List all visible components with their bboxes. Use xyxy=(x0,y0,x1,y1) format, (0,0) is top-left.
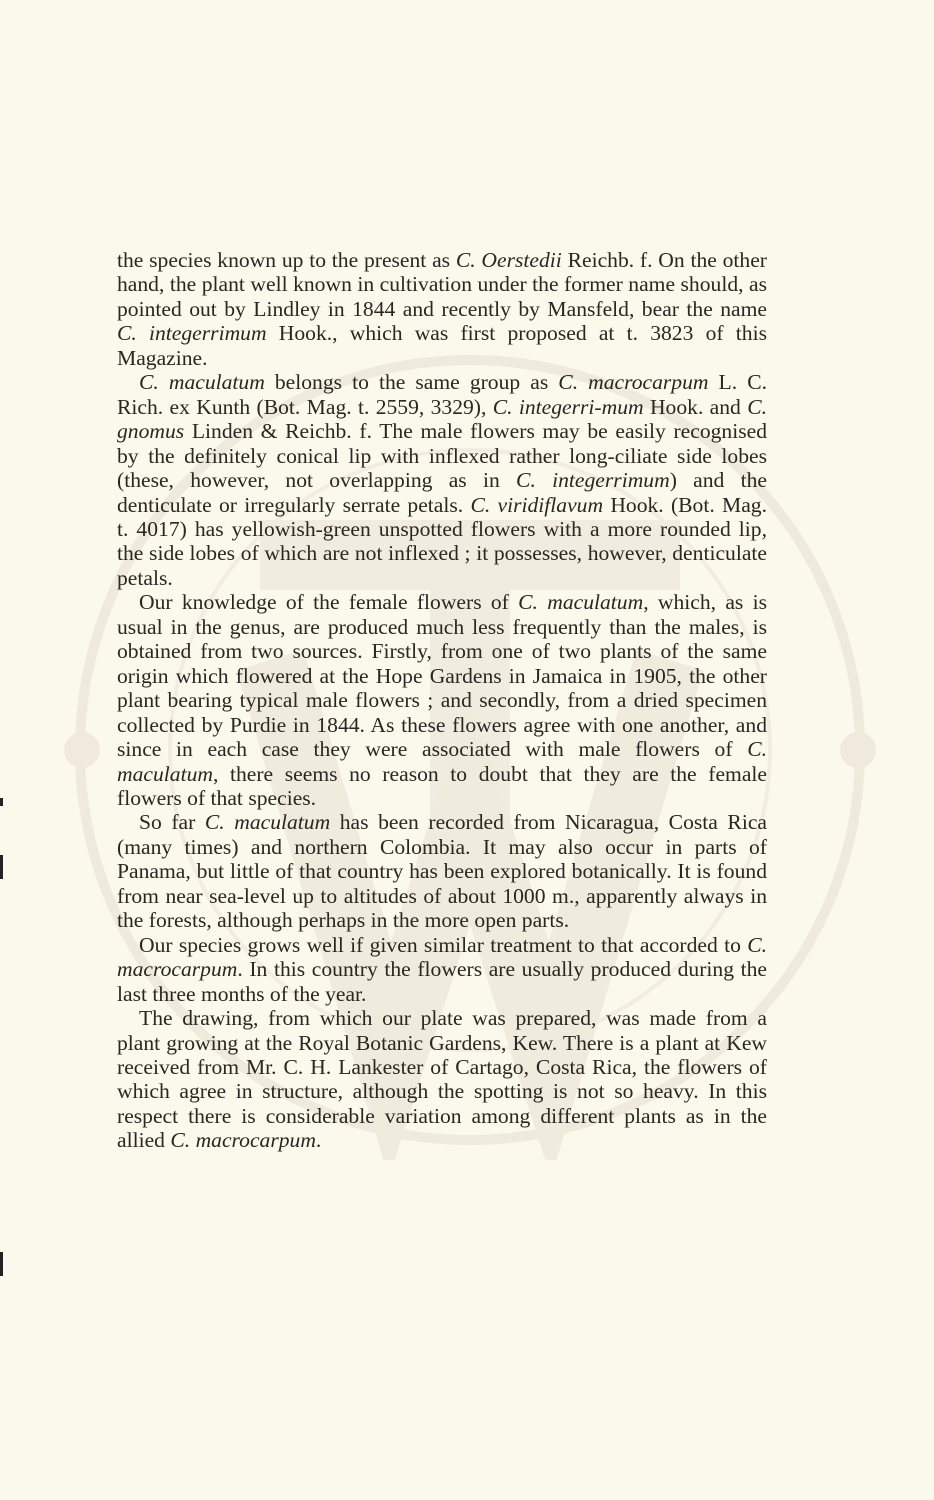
text-run: Hook. and xyxy=(644,395,748,419)
page-edge-mark xyxy=(0,855,3,879)
text-run: Our knowledge of the female flowers of xyxy=(139,590,518,614)
italic-taxon-name: C. Oerstedii xyxy=(456,248,562,272)
paragraph: C. maculatum belongs to the same group a… xyxy=(117,370,767,590)
text-run: belongs to the same group as xyxy=(265,370,558,394)
paragraph: So far C. maculatum has been recorded fr… xyxy=(117,810,767,932)
paragraph: The drawing, from which our plate was pr… xyxy=(117,1006,767,1153)
italic-taxon-name: C. maculatum xyxy=(518,590,643,614)
text-run: So far xyxy=(139,810,205,834)
page-edge-mark xyxy=(0,1252,3,1276)
italic-taxon-name: C. integerrimum xyxy=(117,321,267,345)
body-text: the species known up to the present as C… xyxy=(117,248,767,1153)
paragraph: the species known up to the present as C… xyxy=(117,248,767,370)
text-run: , there seems no reason to doubt that th… xyxy=(117,762,767,810)
text-run: Our species grows well if given similar … xyxy=(139,933,747,957)
italic-taxon-name: C. viridiflavum xyxy=(470,493,603,517)
italic-taxon-name: C. integerrimum xyxy=(516,468,670,492)
paragraph: Our species grows well if given similar … xyxy=(117,933,767,1006)
italic-taxon-name: C. maculatum xyxy=(205,810,330,834)
italic-taxon-name: C. maculatum xyxy=(139,370,265,394)
text-run: the species known up to the present as xyxy=(117,248,456,272)
text-run: . xyxy=(316,1128,321,1152)
italic-taxon-name: C. macrocarpum xyxy=(170,1128,316,1152)
text-run: , which, as is usual in the genus, are p… xyxy=(117,590,767,761)
page-edge-mark xyxy=(0,798,3,806)
italic-taxon-name: C. integerri-mum xyxy=(493,395,644,419)
paragraph: Our knowledge of the female flowers of C… xyxy=(117,590,767,810)
italic-taxon-name: C. macrocarpum xyxy=(558,370,708,394)
